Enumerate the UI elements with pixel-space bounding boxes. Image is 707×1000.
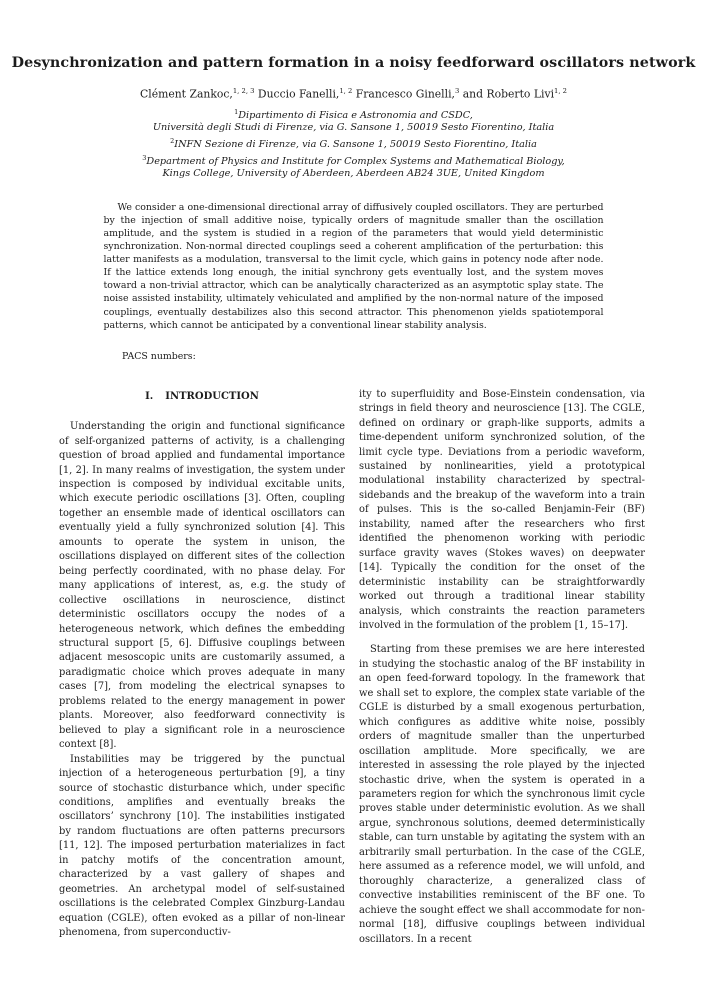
affiliations-block: 1Dipartimento di Fisica e Astronomia and…: [0, 106, 707, 181]
affiliation-text: Dipartimento di Fisica e Astronomia and …: [238, 110, 473, 121]
author-affiliation-superscript: 1, 2: [554, 87, 567, 95]
author-name: and Roberto Livi: [463, 88, 554, 101]
left-column: I.INTRODUCTION Understanding the origin …: [59, 388, 345, 947]
paper-title: Desynchronization and pattern formation …: [0, 0, 707, 71]
affiliation-text: Department of Physics and Institute for …: [146, 156, 564, 167]
paper-page: Desynchronization and pattern formation …: [0, 0, 707, 1000]
right-column: ity to superfluidity and Bose-Einstein c…: [359, 388, 645, 947]
author-name: Clément Zankoc,: [140, 88, 233, 101]
section-title: INTRODUCTION: [165, 391, 259, 402]
affiliation-line: 2INFN Sezione di Firenze, via G. Sansone…: [0, 135, 707, 152]
body-paragraph: Instabilities may be triggered by the pu…: [59, 753, 345, 941]
section-heading-introduction: I.INTRODUCTION: [59, 390, 345, 404]
affiliation-line: 1Dipartimento di Fisica e Astronomia and…: [0, 106, 707, 123]
affiliation-text: Kings College, University of Aberdeen, A…: [162, 168, 544, 179]
affiliation-text: INFN Sezione di Firenze, via G. Sansone …: [174, 139, 537, 150]
body-paragraph: ity to superfluidity and Bose-Einstein c…: [359, 388, 645, 634]
section-number: I.: [145, 391, 153, 402]
affiliation-line: 3Department of Physics and Institute for…: [0, 152, 707, 169]
affiliation-line: Kings College, University of Aberdeen, A…: [0, 168, 707, 181]
author-name: Francesco Ginelli,: [356, 88, 455, 101]
pacs-line: PACS numbers:: [122, 351, 707, 362]
author-affiliation-superscript: 1, 2: [339, 87, 352, 95]
author-name: Duccio Fanelli,: [258, 88, 339, 101]
affiliation-text: Università degli Studi di Firenze, via G…: [153, 122, 554, 133]
body-paragraph: Starting from these premises we are here…: [359, 643, 645, 947]
author-affiliation-superscript: 1, 2, 3: [233, 87, 255, 95]
body-paragraph: Understanding the origin and functional …: [59, 420, 345, 752]
two-column-body: I.INTRODUCTION Understanding the origin …: [0, 388, 707, 947]
abstract: We consider a one-dimensional directiona…: [104, 201, 604, 332]
author-line: Clément Zankoc,1, 2, 3 Duccio Fanelli,1,…: [0, 87, 707, 101]
affiliation-line: Università degli Studi di Firenze, via G…: [0, 122, 707, 135]
author-affiliation-superscript: 3: [455, 87, 459, 95]
